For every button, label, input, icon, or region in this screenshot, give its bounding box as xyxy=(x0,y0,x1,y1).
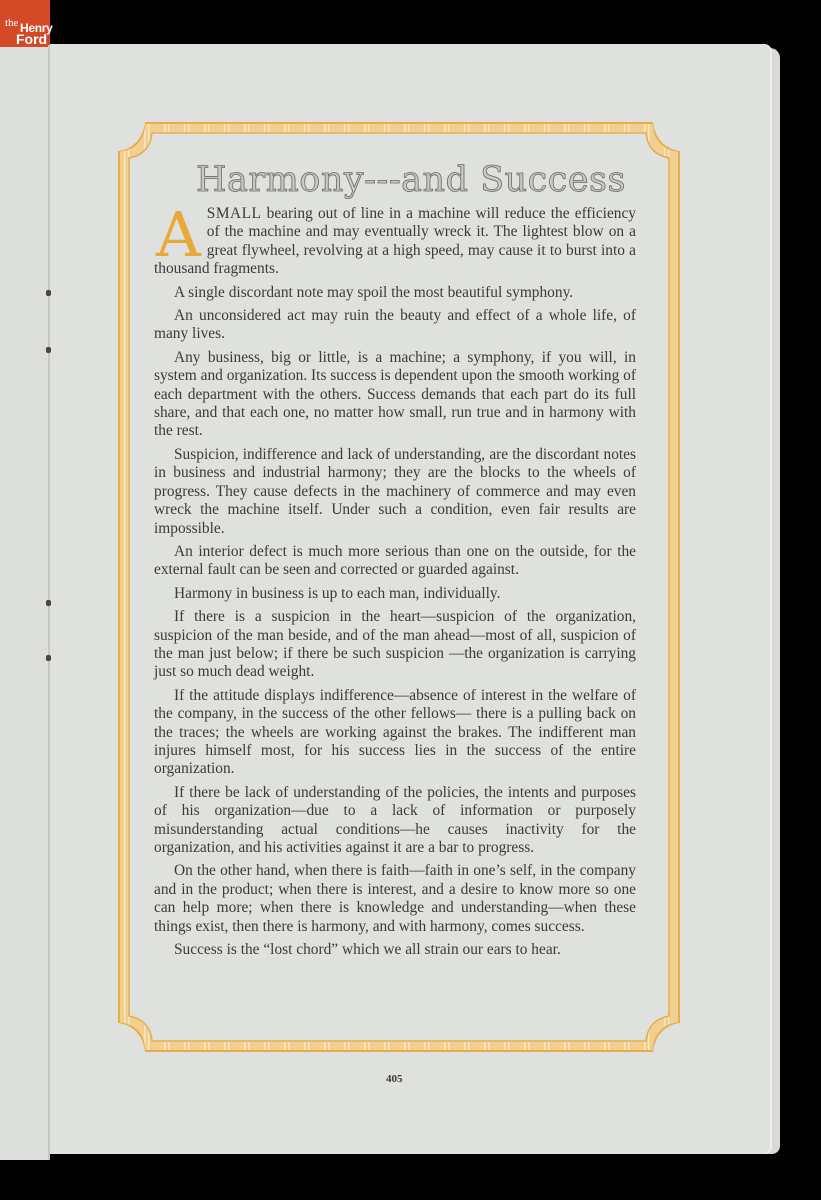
binding-staple xyxy=(46,600,51,606)
first-word: SMALL xyxy=(207,205,262,222)
paragraph: An interior defect is much more serious … xyxy=(154,543,636,580)
paragraph: If there be lack of understanding of the… xyxy=(154,784,636,858)
paragraph: Any business, big or little, is a machin… xyxy=(154,349,636,441)
paragraph: On the other hand, when there is faith—f… xyxy=(154,862,636,936)
paragraph: Harmony in business is up to each man, i… xyxy=(154,585,636,603)
paragraph: An unconsidered act may ruin the beauty … xyxy=(154,307,636,344)
drop-cap: A xyxy=(156,211,201,259)
paragraph: If the attitude displays indifference—ab… xyxy=(154,687,636,779)
logo-the: the xyxy=(5,17,18,29)
binding-staple xyxy=(46,347,51,353)
logo-ford: Ford xyxy=(16,31,47,47)
article-body: ASMALL bearing out of line in a machine … xyxy=(154,205,636,964)
henry-ford-logo: the Henry Ford xyxy=(0,0,50,47)
paragraph: Success is the “lost chord” which we all… xyxy=(154,941,636,959)
page-number: 405 xyxy=(386,1073,403,1085)
binding-staple xyxy=(46,655,51,661)
binding-staple xyxy=(46,290,51,296)
paragraph: A single discordant note may spoil the m… xyxy=(154,284,636,302)
paragraph: Suspicion, indifference and lack of unde… xyxy=(154,446,636,538)
paragraph: ASMALL bearing out of line in a machine … xyxy=(154,205,636,279)
article-title: Harmony---and Success xyxy=(196,160,586,200)
left-page-edge xyxy=(0,47,49,1160)
paragraph: If there is a suspicion in the heart—sus… xyxy=(154,608,636,682)
